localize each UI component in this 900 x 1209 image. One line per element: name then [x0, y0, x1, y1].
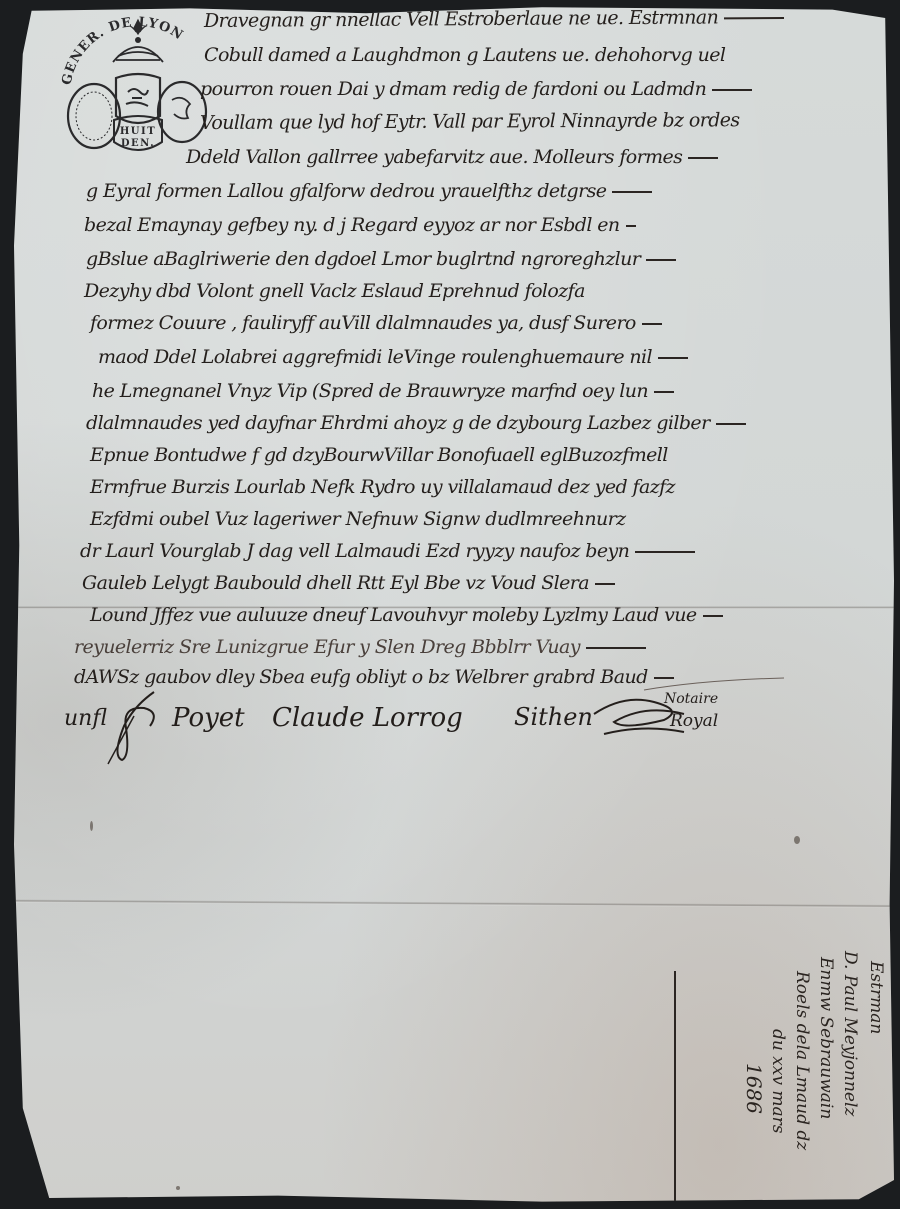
text-line: Ezfdmi oubel Vuz lageriwer Nefnuw Signw …: [90, 508, 632, 530]
endorsement-date: 1686: [742, 1063, 766, 1114]
text-line: reyuelerriz Sre Lunizgrue Efur y Slen Dr…: [74, 636, 646, 658]
signature-mark: unfl: [64, 706, 107, 731]
text-line: bezal Emaynay gefbey ny. d j Regard eyyo…: [84, 214, 636, 236]
text-line: dAWSz gaubov dley Sbea eufg obliyt o bz …: [74, 666, 674, 688]
endorsement-line: Roels dela Lmaud dz: [792, 971, 812, 1150]
docket-endorsement: Estrman D. Paul Meyjonnelz Enmw Sebrauwa…: [674, 951, 900, 1201]
endorsement-line: D. Paul Meyjonnelz: [840, 951, 860, 1116]
endorsement-rule: [674, 971, 676, 1201]
text-line: maod Ddel Lolabrei aggrefmidi leVinge ro…: [98, 346, 688, 368]
ink-spot: [176, 1186, 180, 1190]
text-line: Dravegnan gr nnellac Vell Estroberlaue n…: [204, 6, 784, 32]
scene: GENER. DE LYON HUIT DEN. Dravegnan gr nn…: [0, 0, 900, 1209]
text-line: Epnue Bontudwe f gd dzyBourwVillar Bonof…: [90, 444, 674, 466]
text-line: Gauleb Lelygt Baubould dhell Rtt Eyl Bbe…: [82, 572, 615, 594]
text-line: dr Laurl Vourglab J dag vell Lalmaudi Ez…: [80, 540, 695, 562]
signature-claude: Claude Lorrog: [272, 703, 463, 733]
ink-spot: [90, 821, 93, 831]
endorsement-line: du xxv mars: [768, 1029, 788, 1134]
text-line: formez Couure , fauliryff auVill dlalmna…: [90, 312, 662, 334]
text-line: pourron rouen Dai y dmam redig de fardon…: [200, 78, 752, 100]
text-line: Cobull damed a Laughdmon g Lautens ue. d…: [204, 44, 731, 66]
text-line: Ddeld Vallon gallrree yabefarvitz aue. M…: [186, 146, 718, 168]
notary-title-label: Notaire: [664, 691, 718, 707]
endorsement-line: Enmw Sebrauwain: [816, 957, 836, 1119]
text-line: he Lmegnanel Vnyz Vip (Spred de Brauwryz…: [92, 380, 674, 402]
text-line: Voullam que lyd hof Eytr. Vall par Eyrol…: [200, 109, 746, 134]
text-line: gBslue aBaglriwerie den dgdoel Lmor bugl…: [86, 248, 676, 270]
text-line: dlalmnaudes yed dayfnar Ehrdmi ahoyz g d…: [86, 412, 746, 434]
text-line: Dezyhy dbd Volont gnell Vaclz Eslaud Epr…: [84, 280, 591, 302]
ink-spot: [794, 836, 800, 844]
signature-sithen: Sithen: [514, 703, 593, 731]
endorsement-line: Estrman: [866, 961, 886, 1034]
signature-poyet: Poyet: [172, 703, 245, 733]
text-line: g Eyral formen Lallou gfalforw dedrou yr…: [86, 180, 652, 202]
notary-title-label: Royal: [670, 711, 718, 731]
text-line: Lound Jffez vue auluuze dneuf Lavouhvyr …: [90, 604, 723, 626]
document-page: GENER. DE LYON HUIT DEN. Dravegnan gr nn…: [14, 6, 894, 1204]
text-line: Ermfrue Burzis Lourlab Nefk Rydro uy vil…: [90, 476, 681, 498]
endorsement-margin-note: ny/re: [892, 1063, 900, 1094]
